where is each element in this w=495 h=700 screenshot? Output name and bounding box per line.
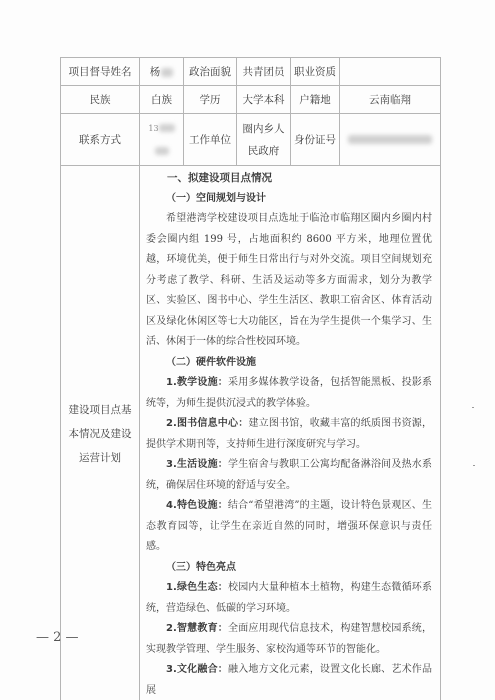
- table-row: 建设项目点基 本情况及建设 运营计划 一、拟建设项目点情况 （一）空间规划与设计…: [61, 166, 441, 700]
- ethnicity-value: 白族: [140, 86, 184, 114]
- table-row: 民族 白族 学历 大学本科 户籍地 云南临翔: [61, 86, 441, 114]
- paragraph-spatial-planning: 希望港湾学校建设项目点选址于临沧市临翔区圈内乡圈内村委会圈内组 199 号，占地…: [146, 209, 432, 353]
- supervisor-name-label: 项目督导姓名: [61, 58, 140, 86]
- supervisor-name-value: 杨: [140, 58, 184, 86]
- id-label: 身份证号: [291, 114, 340, 166]
- document-page: 项目督导姓名 杨 政治面貌 共青团员 职业资质 民族 白族 学历 大学本科 户籍…: [0, 0, 495, 700]
- political-value: 共青团员: [237, 58, 291, 86]
- list-item: 4.特色设施：结合“希望港湾”的主题，设计特色景观区、生态教育园等，让学生在亲近…: [146, 496, 432, 558]
- id-value-redacted: [340, 114, 441, 166]
- list-item: 2.智慧教育：全面应用现代信息技术，构建智慧校园系统，实现教学管理、学生服务、家…: [146, 619, 432, 660]
- list-item: 2.图书信息中心：建立图书馆，收藏丰富的纸质图书资源，提供学术期刊等，支持师生进…: [146, 414, 432, 455]
- household-label: 户籍地: [291, 86, 340, 114]
- list-item: 3.文化融合：融入地方文化元素，设置文化长廊、艺术作品展: [146, 660, 432, 700]
- table-row: 项目督导姓名 杨 政治面貌 共青团员 职业资质: [61, 58, 441, 86]
- employer-label: 工作单位: [184, 114, 237, 166]
- table-row: 联系方式 13 工作单位 圈内乡人 民政府 身份证号: [61, 114, 441, 166]
- ethnicity-label: 民族: [61, 86, 140, 114]
- list-item: 1.教学设施：采用多媒体教学设备，包括智能黑板、投影系统等，为师生提供沉浸式的教…: [146, 373, 432, 414]
- household-value: 云南临翔: [340, 86, 441, 114]
- scan-mark: [473, 465, 475, 466]
- subheading-facilities: （二）硬件软件设施: [146, 353, 432, 374]
- employer-value: 圈内乡人 民政府: [237, 114, 291, 166]
- section-label: 建设项目点基 本情况及建设 运营计划: [61, 166, 140, 700]
- info-form-table: 项目督导姓名 杨 政治面貌 共青团员 职业资质 民族 白族 学历 大学本科 户籍…: [60, 57, 441, 700]
- section-content: 一、拟建设项目点情况 （一）空间规划与设计 希望港湾学校建设项目点选址于临沧市临…: [140, 166, 441, 700]
- page-number: — 2 —: [36, 630, 79, 645]
- heading-project-overview: 一、拟建设项目点情况: [146, 168, 432, 189]
- subheading-highlights: （三）特色亮点: [146, 558, 432, 579]
- scan-mark: [472, 407, 474, 408]
- qualification-value: [340, 58, 441, 86]
- contact-label: 联系方式: [61, 114, 140, 166]
- list-item: 1.绿色生态：校园内大量种植本土植物，构建生态微循环系统，营造绿色、低碳的学习环…: [146, 578, 432, 619]
- education-value: 大学本科: [237, 86, 291, 114]
- list-item: 3.生活设施：学生宿舍与教职工公寓均配备淋浴间及热水系统，确保居住环境的舒适与安…: [146, 455, 432, 496]
- education-label: 学历: [184, 86, 237, 114]
- contact-value: 13: [140, 114, 184, 166]
- political-label: 政治面貌: [184, 58, 237, 86]
- qualification-label: 职业资质: [291, 58, 340, 86]
- subheading-spatial-planning: （一）空间规划与设计: [146, 189, 432, 210]
